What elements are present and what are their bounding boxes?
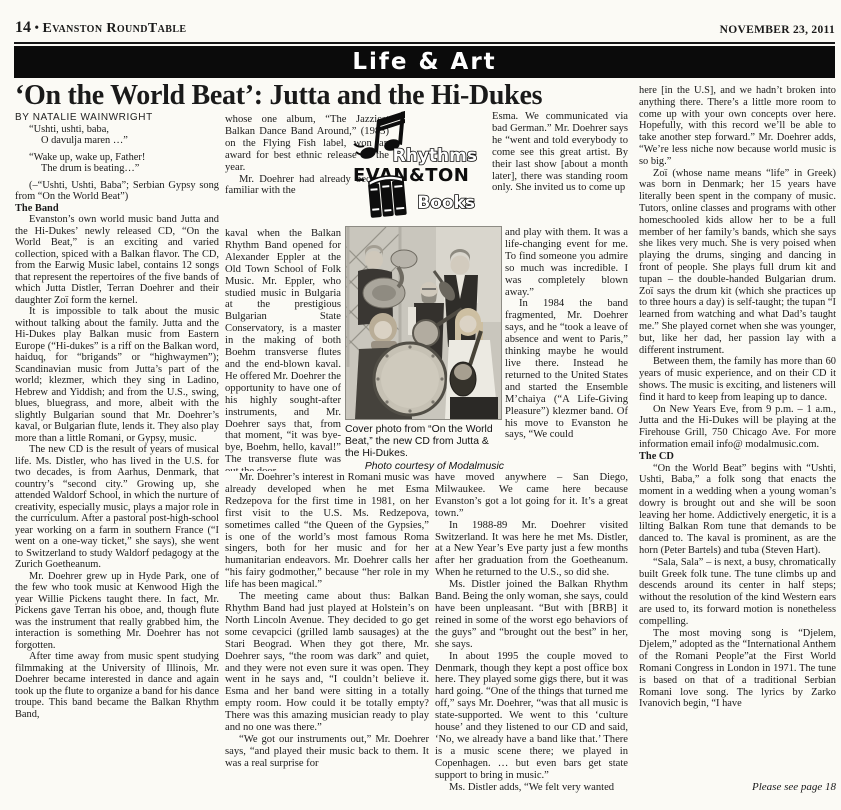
paragraph: Ms. Distler adds, “We felt very wanted: [435, 782, 628, 794]
photo-caption: Cover photo from “On the World Beat,” th…: [345, 424, 493, 459]
paragraph: and play with them. It was a life-changi…: [505, 227, 628, 298]
masthead-rule: [14, 42, 835, 44]
lyric-line: O davulja maren …”: [41, 135, 219, 147]
band-photo-illustration: [346, 227, 501, 419]
paragraph: Zoï (whose name means “life” in Greek) w…: [639, 168, 836, 357]
paragraph: have moved anywhere – San Diego, Milwauk…: [435, 472, 628, 520]
paragraph: After time away from music spent studyin…: [15, 651, 219, 720]
page-number: 14: [15, 19, 31, 36]
lyric-line: “Wake up, wake up, Father!: [29, 152, 219, 164]
paragraph: Between them, the family has more than 6…: [639, 356, 836, 403]
paragraph: Evanston’s own world music band Jutta an…: [15, 214, 219, 306]
column-2-lower: Mr. Doehrer’s interest in Romani music w…: [225, 472, 429, 795]
paragraph: “Sala, Sala” – is next, a busy, chromati…: [639, 557, 836, 628]
headline: ‘On the World Beat’: Jutta and the Hi-Du…: [15, 80, 633, 112]
paragraph: The meeting came about thus: Balkan Rhyt…: [225, 591, 429, 734]
paragraph: kaval when the Balkan Rhythm Band opened…: [225, 228, 341, 471]
ad-graphic-svg: Rhythms EVAN&TON Books: [352, 108, 478, 222]
photo-caption-block: Cover photo from “On the World Beat,” th…: [345, 424, 504, 473]
lyric-stanza-1: “Ushti, ushti, baba, O davulja maren …”: [15, 124, 219, 147]
bullet-separator: •: [34, 20, 39, 35]
paragraph: In 1988-89 Mr. Doehrer visited Switzerla…: [435, 520, 628, 580]
section-banner: Life & Art: [14, 46, 835, 78]
lyric-line: “Ushti, ushti, baba,: [29, 124, 219, 136]
lyric-stanza-2: “Wake up, wake up, Father! The drum is b…: [15, 152, 219, 175]
paragraph: In 1984 the band fragmented, Mr. Doehrer…: [505, 298, 628, 441]
paper-name: Evanston RoundTable: [42, 21, 186, 36]
paragraph: It is impossible to talk about the music…: [15, 306, 219, 444]
cover-photo: [345, 226, 502, 420]
books-icon: [367, 175, 406, 218]
paragraph: Mr. Doehrer grew up in Hyde Park, one of…: [15, 571, 219, 652]
paragraph: The new CD is the result of years of mus…: [15, 444, 219, 571]
ad-word-rhythms: Rhythms: [393, 146, 477, 166]
column-1: BY NATALIE WAINWRIGHT “Ushti, ushti, bab…: [15, 112, 219, 796]
issue-date: NOVEMBER 23, 2011: [720, 24, 835, 36]
masthead-left: 14 • Evanston RoundTable: [15, 19, 186, 37]
column-3-upper: Esma. We communicated via bad German.” M…: [492, 111, 628, 226]
newspaper-page: 14 • Evanston RoundTable NOVEMBER 23, 20…: [0, 0, 841, 810]
section-title: Life & Art: [352, 49, 496, 75]
column-4: here [in the U.S], and we hadn’t broken …: [639, 85, 836, 781]
subhead-the-band: The Band: [15, 203, 219, 215]
paragraph: Esma. We communicated via bad German.” M…: [492, 111, 628, 194]
column-2-beside-photo: kaval when the Balkan Rhythm Band opened…: [225, 228, 341, 471]
ad-word-books: Books: [417, 193, 475, 213]
continued-on-page-notice: Please see page 18: [639, 781, 836, 793]
subhead-the-cd: The CD: [639, 451, 836, 463]
column-3-lower: have moved anywhere – San Diego, Milwauk…: [435, 472, 628, 795]
paragraph: In about 1995 the couple moved to Denmar…: [435, 651, 628, 782]
paragraph: Ms. Distler joined the Balkan Rhythm Ban…: [435, 579, 628, 650]
paragraph: Mr. Doehrer’s interest in Romani music w…: [225, 472, 429, 591]
paragraph: “We got our instruments out,” Mr. Doehre…: [225, 734, 429, 770]
paragraph: here [in the U.S], and we hadn’t broken …: [639, 85, 836, 168]
lyric-attribution: (–“Ushti, Ushti, Baba”; Serbian Gypsy so…: [15, 180, 219, 203]
paragraph: The most moving song is “Djelem, Djelem,…: [639, 628, 836, 711]
lyric-line: The drum is beating…”: [41, 163, 219, 175]
byline: BY NATALIE WAINWRIGHT: [15, 112, 219, 124]
column-3-beside-photo: and play with them. It was a life-changi…: [505, 227, 628, 471]
rhythms-books-ad: Rhythms EVAN&TON Books: [352, 108, 478, 222]
paragraph: “On the World Beat” begins with “Ushti, …: [639, 463, 836, 557]
paragraph: On New Years Eve, from 9 p.m. – 1 a.m., …: [639, 404, 836, 451]
